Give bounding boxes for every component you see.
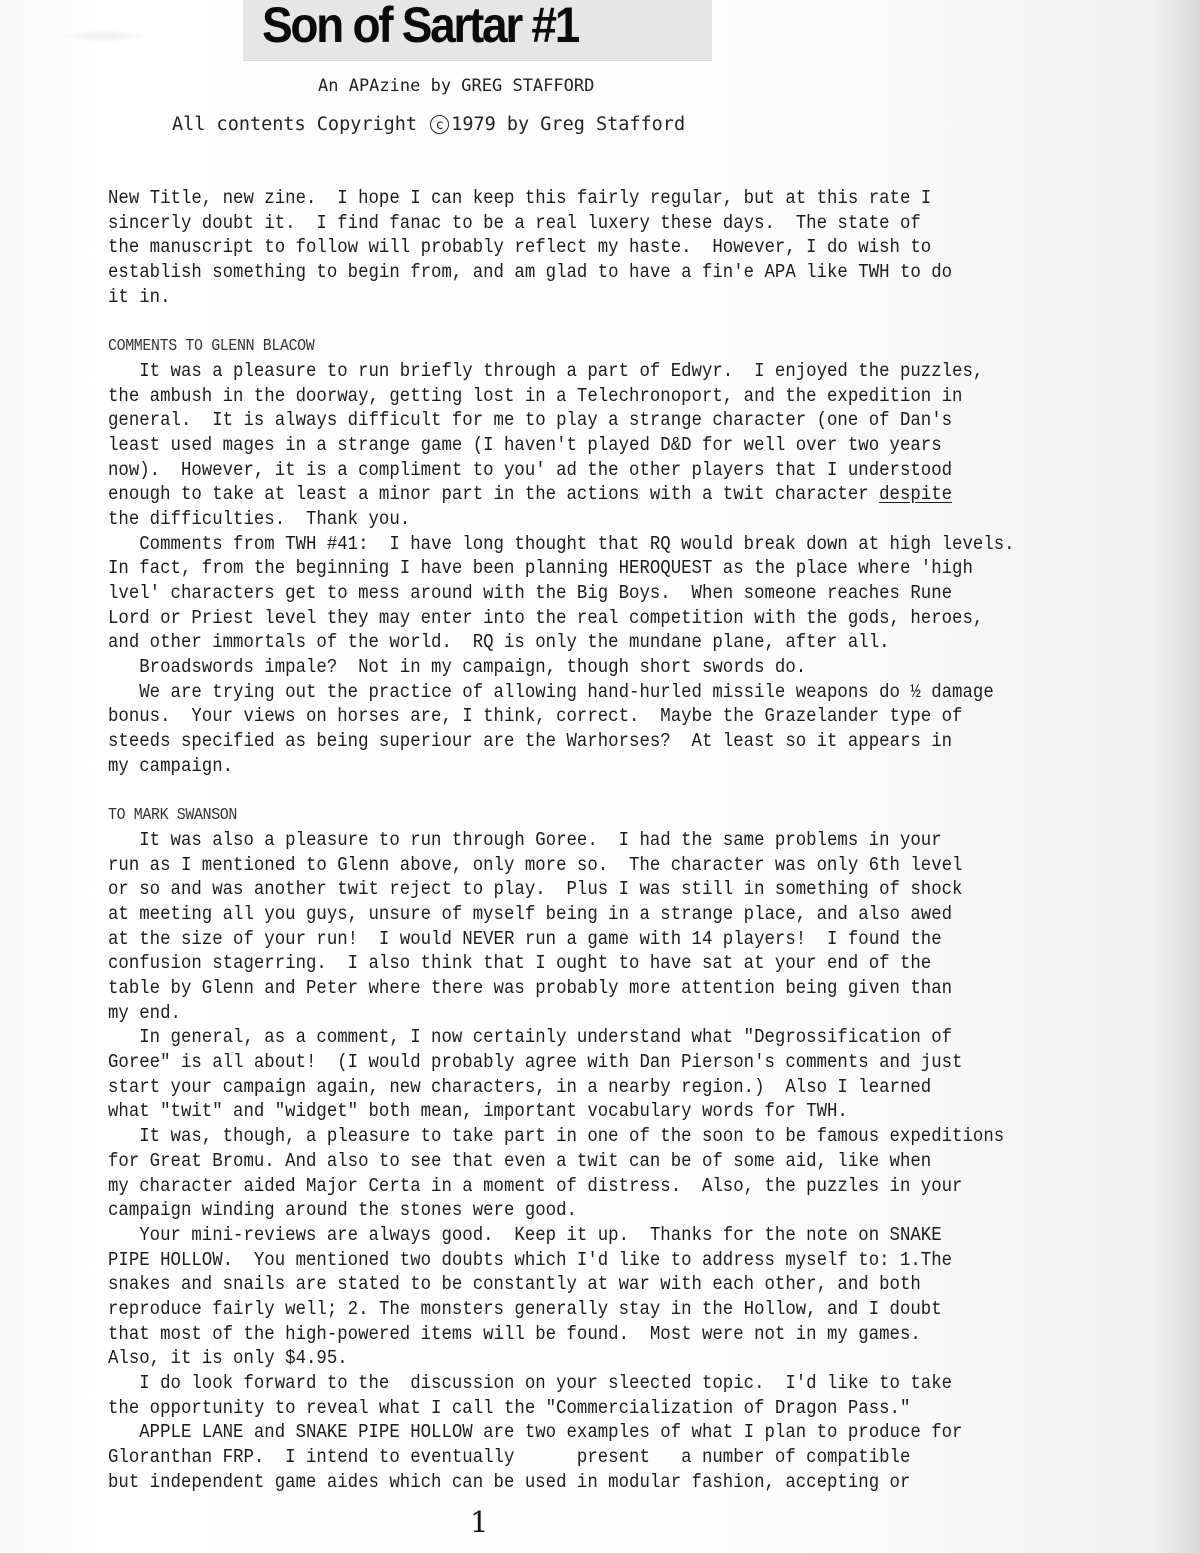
text-line: or so and was another twit reject to pla…: [108, 877, 1015, 902]
document-page: Son of Sartar #1 An APAzine by GREG STAF…: [0, 0, 1200, 1553]
text-line: reproduce fairly well; 2. The monsters g…: [108, 1297, 1015, 1322]
underlined-word: despite: [879, 483, 952, 505]
text-line: confusion stagerring. I also think that …: [108, 951, 1015, 976]
text-line: the difficulties. Thank you.: [108, 507, 1015, 532]
text-line: the opportunity to reveal what I call th…: [108, 1396, 1015, 1421]
text-line: it in.: [108, 285, 1015, 310]
text-line: PIPE HOLLOW. You mentioned two doubts wh…: [108, 1248, 1015, 1273]
text-line: It was also a pleasure to run through Go…: [108, 828, 1015, 853]
text-line: table by Glenn and Peter where there was…: [108, 976, 1015, 1001]
copyright-symbol-icon: c: [430, 115, 449, 134]
underlined-line: enough to take at least a minor part in …: [108, 482, 1015, 507]
text-line: but independent game aides which can be …: [108, 1470, 1015, 1495]
section-glenn-blacow-text: It was a pleasure to run briefly through…: [108, 359, 1015, 482]
text-line: general. It is always difficult for me t…: [108, 408, 1015, 433]
copyright-notice: All contents Copyright c1979 by Greg Sta…: [172, 114, 685, 135]
section-heading-glenn-blacow: COMMENTS TO GLENN BLACOW: [108, 334, 1015, 359]
text-line: now). However, it is a compliment to you…: [108, 458, 1015, 483]
text-line: It was a pleasure to run briefly through…: [108, 359, 1015, 384]
text-line: establish something to begin from, and a…: [108, 260, 1015, 285]
text-line: sincerly doubt it. I find fanac to be a …: [108, 211, 1015, 236]
text-line: Your mini-reviews are always good. Keep …: [108, 1223, 1015, 1248]
text-line: It was, though, a pleasure to take part …: [108, 1124, 1015, 1149]
scan-smudge: [60, 30, 150, 42]
section-glenn-blacow-text-continued: the difficulties. Thank you. Comments fr…: [108, 507, 1015, 779]
text-line: steeds specified as being superiour are …: [108, 729, 1015, 754]
text-line: and other immortals of the world. RQ is …: [108, 630, 1015, 655]
text-line: for Great Bromu. And also to see that ev…: [108, 1149, 1015, 1174]
line-text: enough to take at least a minor part in …: [108, 483, 879, 505]
page-number: 1: [470, 1505, 488, 1539]
text-line: APPLE LANE and SNAKE PIPE HOLLOW are two…: [108, 1420, 1015, 1445]
text-line: lvel' characters get to mess around with…: [108, 581, 1015, 606]
text-line: Broadswords impale? Not in my campaign, …: [108, 655, 1015, 680]
section-mark-swanson-text: It was also a pleasure to run through Go…: [108, 828, 1015, 1495]
text-line: that most of the high-powered items will…: [108, 1322, 1015, 1347]
text-line: In general, as a comment, I now certainl…: [108, 1025, 1015, 1050]
zine-title: Son of Sartar #1: [262, 0, 578, 54]
text-line: run as I mentioned to Glenn above, only …: [108, 853, 1015, 878]
text-line: my campaign.: [108, 754, 1015, 779]
text-line: New Title, new zine. I hope I can keep t…: [108, 186, 1015, 211]
text-line: Also, it is only $4.95.: [108, 1346, 1015, 1371]
body-text: New Title, new zine. I hope I can keep t…: [108, 186, 1015, 1494]
text-line: at meeting all you guys, unsure of mysel…: [108, 902, 1015, 927]
text-line: I do look forward to the discussion on y…: [108, 1371, 1015, 1396]
text-line: Comments from TWH #41: I have long thoug…: [108, 532, 1015, 557]
text-line: the manuscript to follow will probably r…: [108, 235, 1015, 260]
text-line: my character aided Major Certa in a mome…: [108, 1174, 1015, 1199]
text-line: Lord or Priest level they may enter into…: [108, 606, 1015, 631]
text-line: my end.: [108, 1001, 1015, 1026]
text-line: snakes and snails are stated to be const…: [108, 1272, 1015, 1297]
section-heading-mark-swanson: TO MARK SWANSON: [108, 803, 1015, 828]
text-line: Gloranthan FRP. I intend to eventually p…: [108, 1445, 1015, 1470]
copyright-prefix: All contents Copyright: [172, 114, 417, 135]
text-line: least used mages in a strange game (I ha…: [108, 433, 1015, 458]
text-line: We are trying out the practice of allowi…: [108, 680, 1015, 705]
text-line: the ambush in the doorway, getting lost …: [108, 384, 1015, 409]
text-line: Goree" is all about! (I would probably a…: [108, 1050, 1015, 1075]
zine-subtitle: An APAzine by GREG STAFFORD: [318, 76, 594, 96]
text-line: start your campaign again, new character…: [108, 1075, 1015, 1100]
text-line: what "twit" and "widget" both mean, impo…: [108, 1099, 1015, 1124]
intro-paragraph: New Title, new zine. I hope I can keep t…: [108, 186, 1015, 309]
copyright-suffix: 1979 by Greg Stafford: [451, 114, 685, 135]
text-line: at the size of your run! I would NEVER r…: [108, 927, 1015, 952]
text-line: campaign winding around the stones were …: [108, 1198, 1015, 1223]
text-line: bonus. Your views on horses are, I think…: [108, 704, 1015, 729]
text-line: In fact, from the beginning I have been …: [108, 556, 1015, 581]
